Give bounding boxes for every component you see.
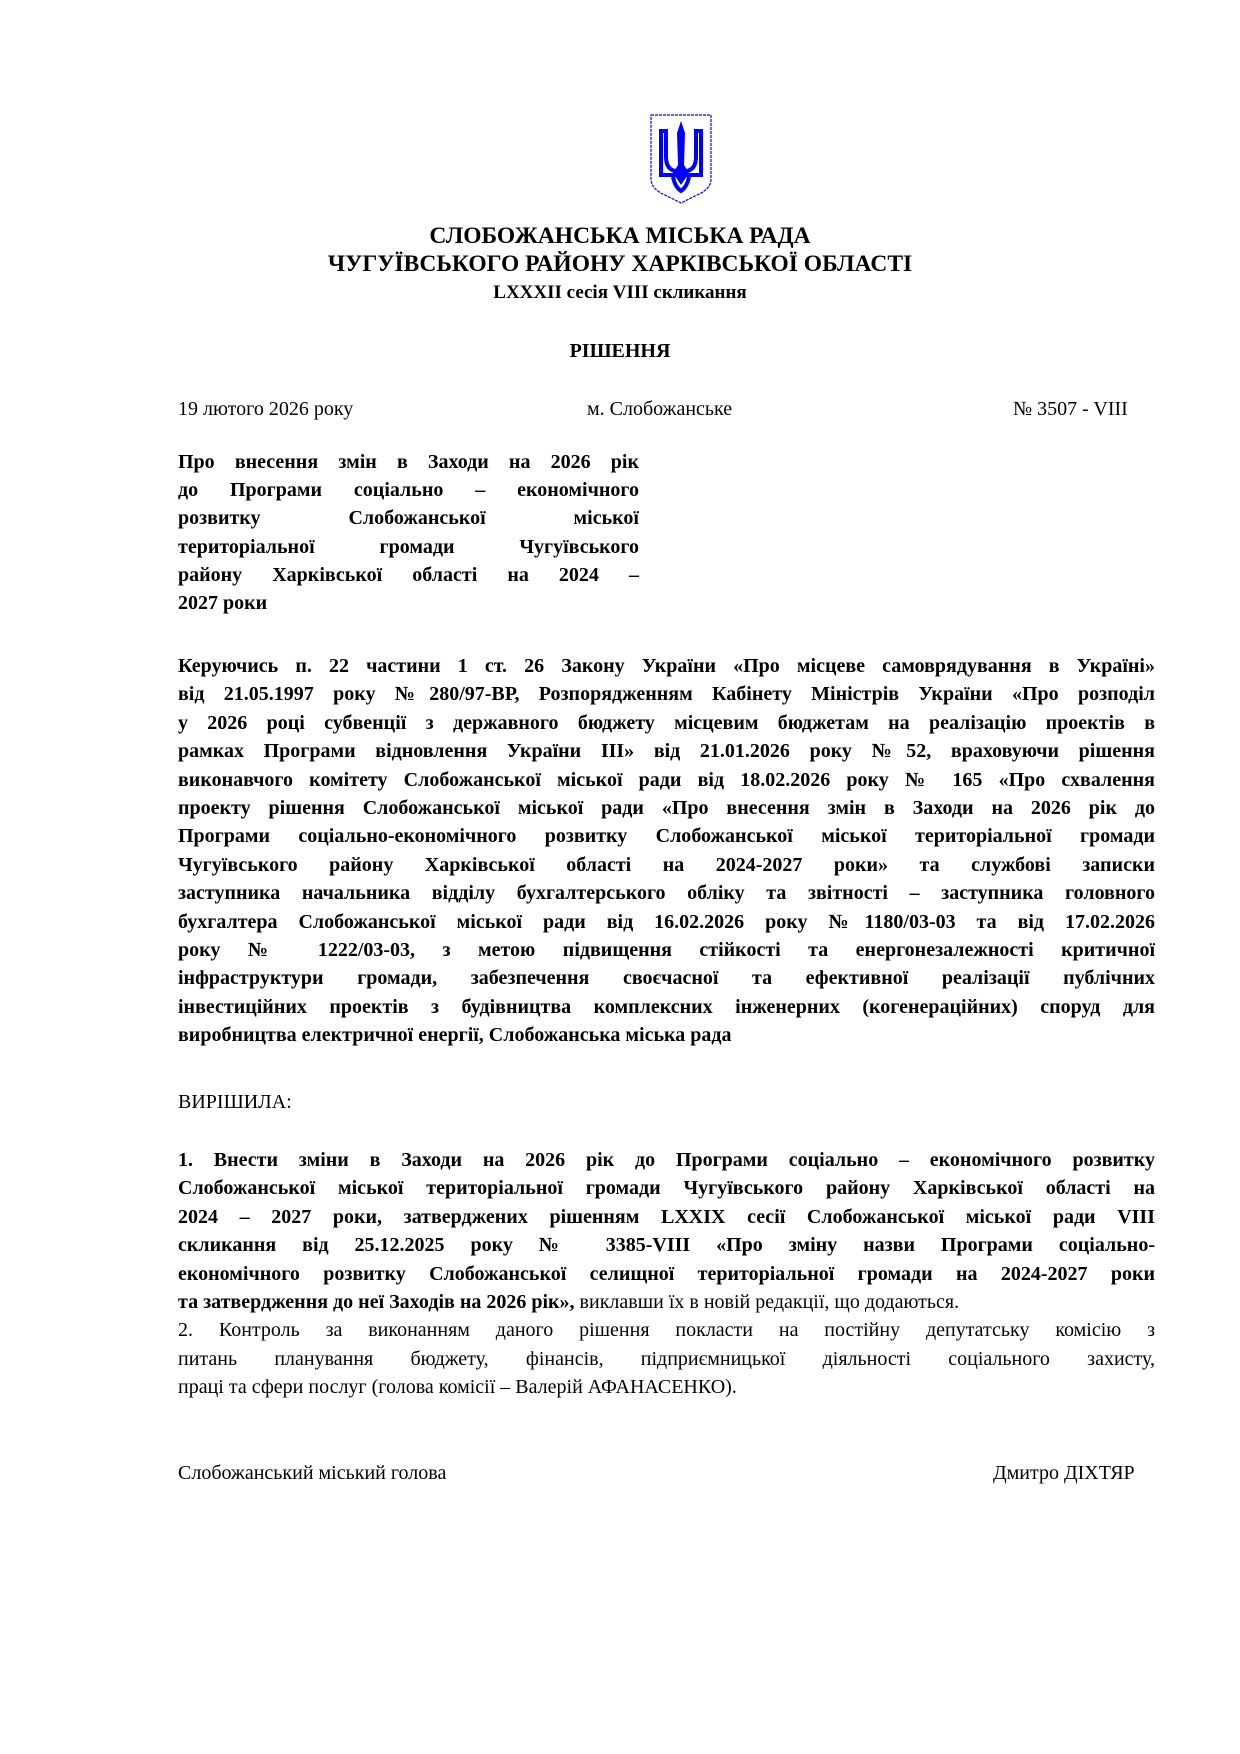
subject-line: району Харківської області на 2024 – bbox=[178, 561, 639, 589]
preamble-line: Керуючись п. 22 частини 1 ст. 26 Закону … bbox=[178, 652, 1155, 680]
item1-line: скликання від 25.12.2025 року № 3385-VII… bbox=[178, 1231, 1155, 1259]
preamble-line: заступника начальника відділу бухгалтерс… bbox=[178, 879, 1155, 907]
signatory-role: Слобожанський міський голова bbox=[178, 1462, 446, 1485]
subject-line: 2027 роки bbox=[178, 589, 639, 617]
item1-line: 1. Внести зміни в Заходи на 2026 рік до … bbox=[178, 1146, 1155, 1174]
item2-line: 2. Контроль за виконанням даного рішення… bbox=[178, 1316, 1155, 1344]
document-type: РІШЕННЯ bbox=[0, 340, 1240, 363]
item1-line: економічного розвитку Слобожанської сели… bbox=[178, 1260, 1155, 1288]
item2-line: питань планування бюджету, фінансів, під… bbox=[178, 1345, 1155, 1373]
decision-place: м. Слобожанське bbox=[587, 398, 732, 421]
item1-last-regular: виклавши їх в новій редакції, що додають… bbox=[575, 1291, 960, 1313]
council-name: СЛОБОЖАНСЬКА МІСЬКА РАДА bbox=[0, 222, 1240, 250]
subject-line: територіальної громади Чугуївського bbox=[178, 533, 639, 561]
preamble-line: у 2026 році субвенції з державного бюдже… bbox=[178, 709, 1155, 737]
coat-of-arms-icon bbox=[649, 113, 713, 205]
item1-line: Слобожанської міської територіальної гро… bbox=[178, 1174, 1155, 1202]
council-district: ЧУГУЇВСЬКОГО РАЙОНУ ХАРКІВСЬКОЇ ОБЛАСТІ bbox=[0, 250, 1240, 278]
preamble-line: Чугуївського району Харківської області … bbox=[178, 851, 1155, 879]
subject-line: розвитку Слобожанської міської bbox=[178, 504, 639, 532]
session-label: LXXXII сесія VIII скликання bbox=[0, 279, 1240, 307]
preamble-line: року № 1222/03-03, з метою підвищення ст… bbox=[178, 936, 1155, 964]
preamble-line: від 21.05.1997 року №280/97-ВР, Розпоряд… bbox=[178, 680, 1155, 708]
resolved-label: ВИРІШИЛА: bbox=[178, 1091, 292, 1114]
preamble-line: інфраструктури громади, забезпечення сво… bbox=[178, 964, 1155, 992]
decision-number: № 3507 - VIII bbox=[1013, 398, 1128, 421]
preamble-line: проекту рішення Слобожанської міської ра… bbox=[178, 794, 1155, 822]
preamble-line: бухгалтера Слобожанської міської ради ві… bbox=[178, 908, 1155, 936]
preamble-line: виконавчого комітету Слобожанської міськ… bbox=[178, 766, 1155, 794]
preamble-paragraph: Керуючись п. 22 частини 1 ст. 26 Закону … bbox=[178, 652, 1155, 1050]
decision-subject: Про внесення змін в Заходи на 2026 рік д… bbox=[178, 448, 639, 617]
subject-line: Про внесення змін в Заходи на 2026 рік bbox=[178, 448, 639, 476]
preamble-line: виробництва електричної енергії, Слобожа… bbox=[178, 1021, 1155, 1049]
item2-line: праці та сфери послуг (голова комісії – … bbox=[178, 1373, 1155, 1401]
resolution-items: 1. Внести зміни в Заходи на 2026 рік до … bbox=[178, 1146, 1155, 1402]
preamble-line: інвестиційних проектів з будівництва ком… bbox=[178, 993, 1155, 1021]
item1-line: 2024 – 2027 роки, затверджених рішенням … bbox=[178, 1203, 1155, 1231]
preamble-line: рамках Програми відновлення України ІІІ»… bbox=[178, 737, 1155, 765]
signatory-name: Дмитро ДІХТЯР bbox=[993, 1462, 1135, 1485]
item1-last-line: та затвердження до неї Заходів на 2026 р… bbox=[178, 1288, 1155, 1316]
preamble-line: Програми соціально-економічного розвитку… bbox=[178, 822, 1155, 850]
decision-date: 19 лютого 2026 року bbox=[178, 398, 353, 421]
item1-last-bold: та затвердження до неї Заходів на 2026 р… bbox=[178, 1291, 575, 1313]
subject-line: до Програми соціально – економічного bbox=[178, 476, 639, 504]
